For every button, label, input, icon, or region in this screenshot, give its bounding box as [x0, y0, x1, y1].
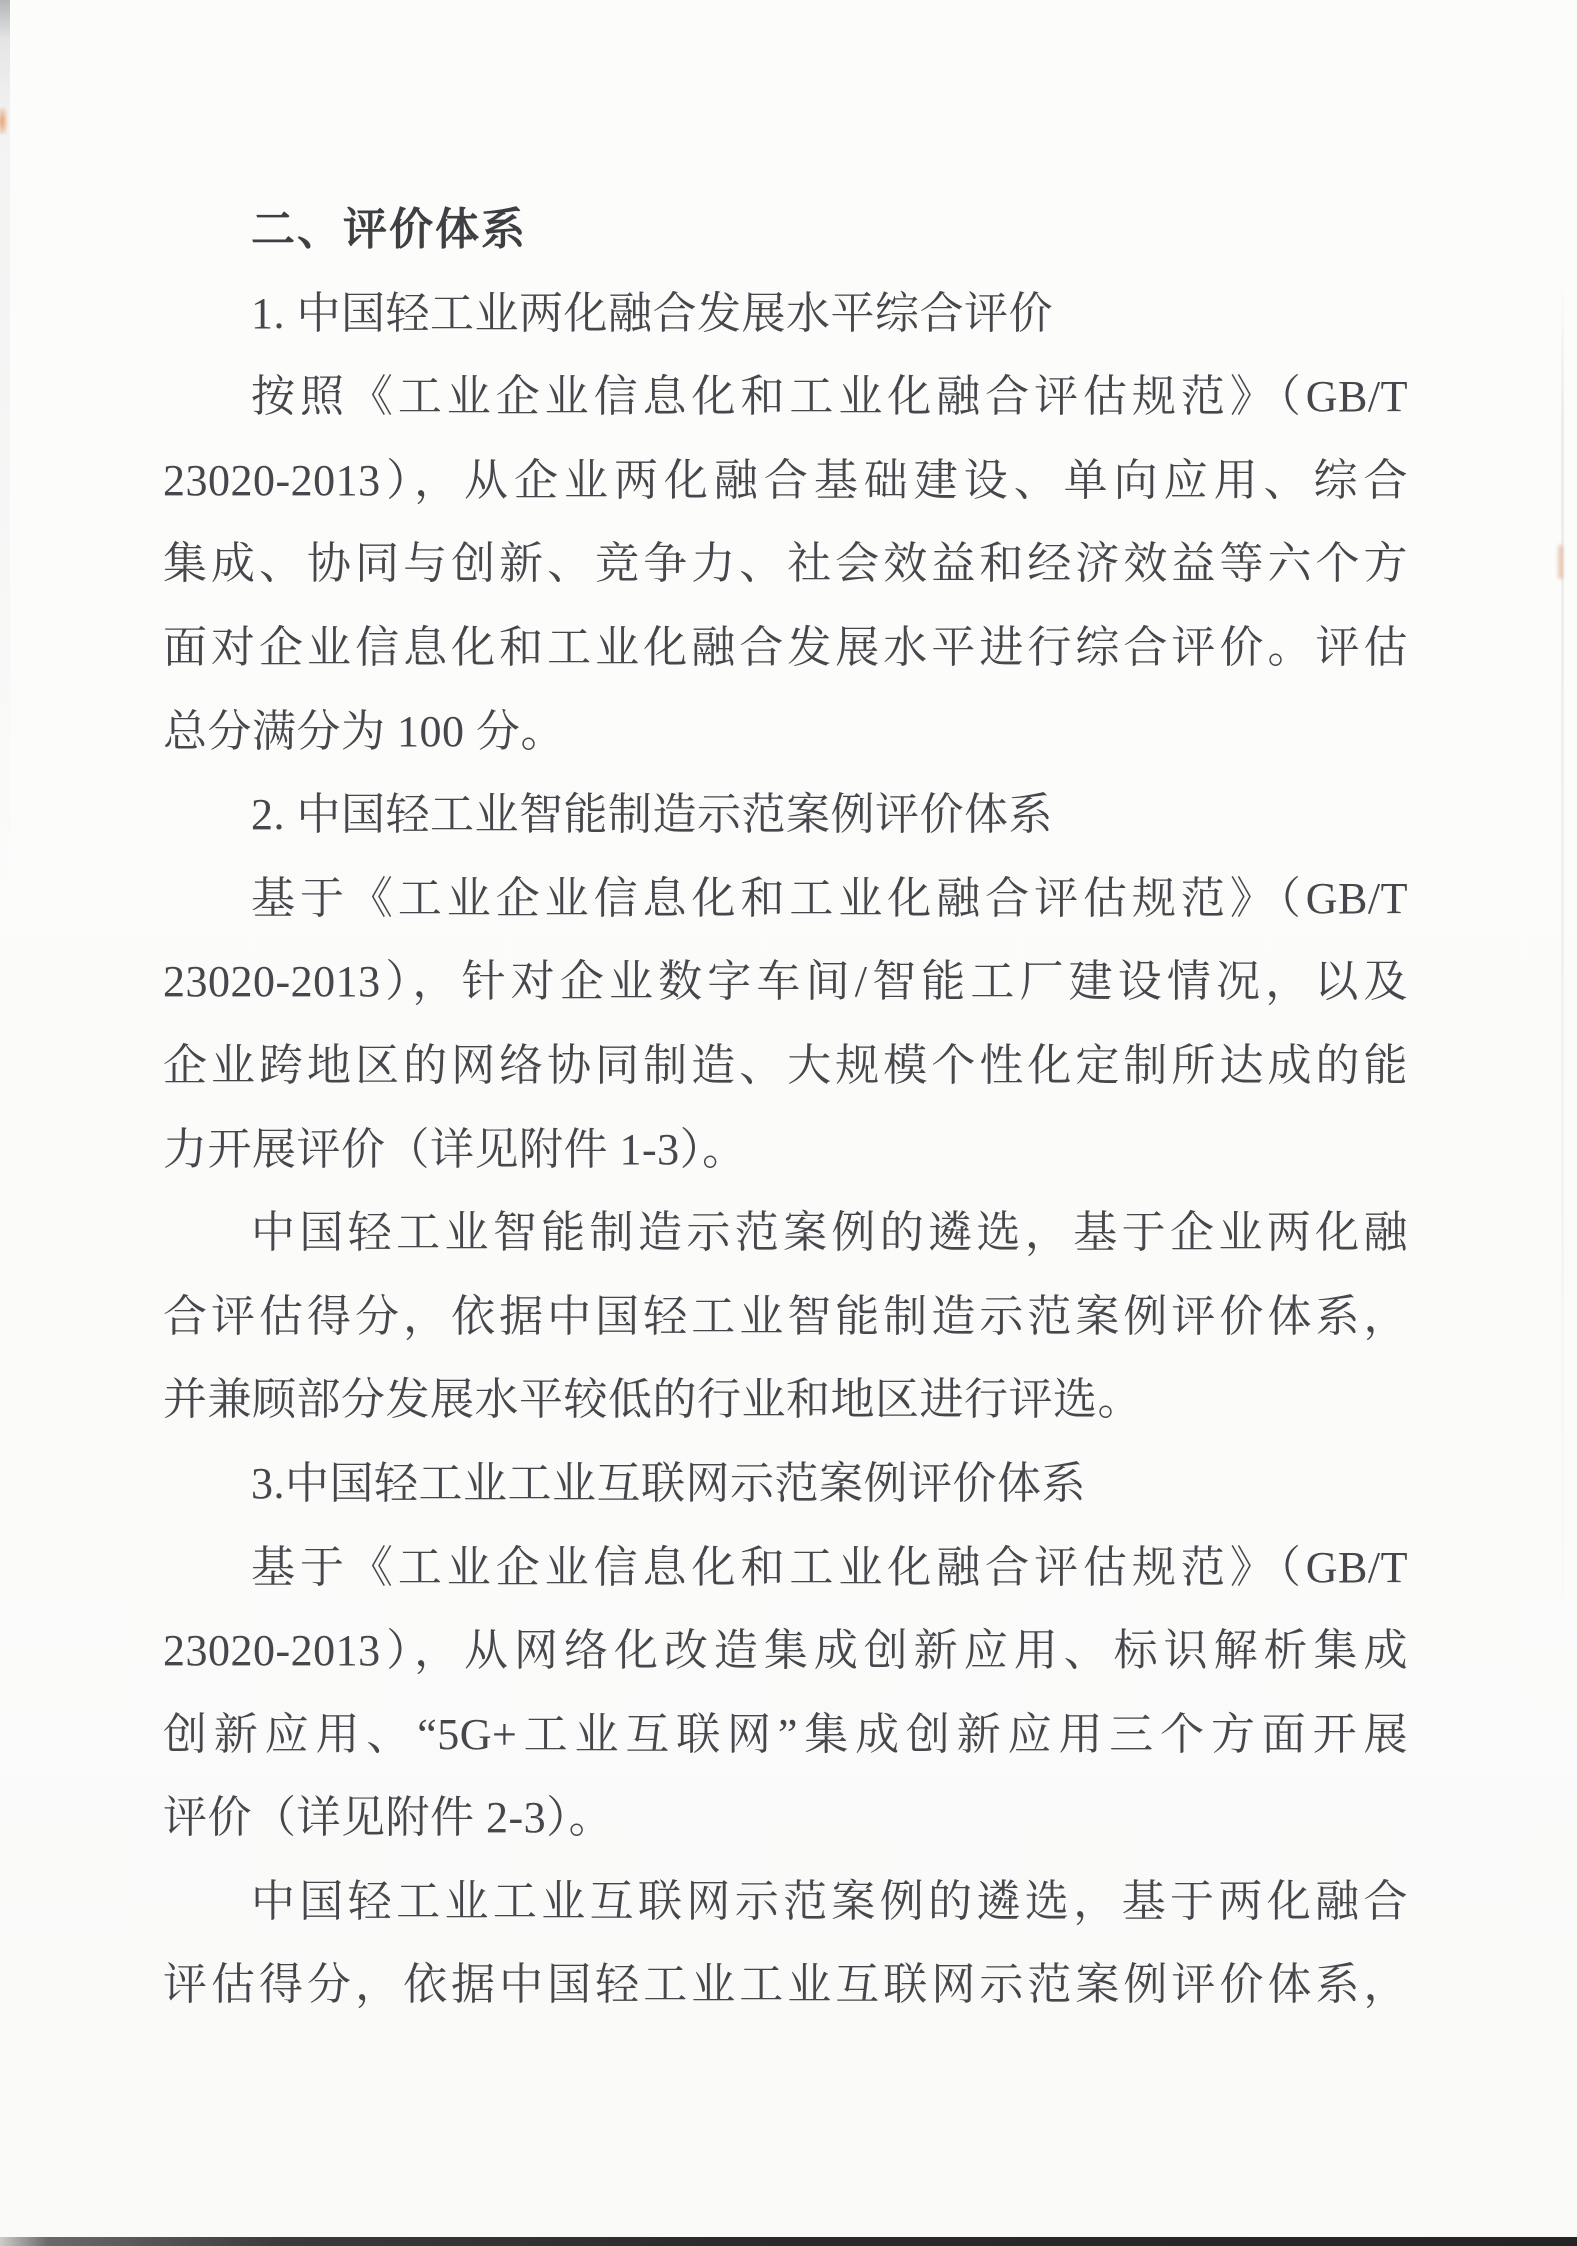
scan-artifact-left-edge: [0, 0, 10, 900]
document-page: 二、评价体系1. 中国轻工业两化融合发展水平综合评价按照《工业企业信息化和工业化…: [0, 0, 1577, 2246]
text-line: 总分满分为 100 分。: [163, 690, 1408, 774]
text-line: 企业跨地区的网络协同制造、大规模个性化定制所达成的能: [163, 1024, 1408, 1108]
text-line: 23020-2013），从企业两化融合基础建设、单向应用、综合: [163, 439, 1408, 523]
text-line: 集成、协同与创新、竞争力、社会效益和经济效益等六个方: [163, 522, 1408, 606]
item-3-title: 3.中国轻工业工业互联网示范案例评价体系: [163, 1442, 1408, 1526]
text-line: 23020-2013），从网络化改造集成创新应用、标识解析集成: [163, 1609, 1408, 1693]
scan-artifact-warm-speck: [1558, 545, 1563, 579]
document-text-block: 二、评价体系1. 中国轻工业两化融合发展水平综合评价按照《工业企业信息化和工业化…: [163, 188, 1408, 2027]
section-heading: 二、评价体系: [163, 188, 1408, 272]
text-line: 23020-2013），针对企业数字车间/智能工厂建设情况，以及: [163, 940, 1408, 1024]
text-line: 中国轻工业工业互联网示范案例的遴选，基于两化融合: [163, 1860, 1408, 1944]
text-line: 基于《工业企业信息化和工业化融合评估规范》（GB/T: [163, 857, 1408, 941]
text-line: 并兼顾部分发展水平较低的行业和地区进行评选。: [163, 1358, 1408, 1442]
text-line: 中国轻工业智能制造示范案例的遴选，基于企业两化融: [163, 1191, 1408, 1275]
item-1-title: 1. 中国轻工业两化融合发展水平综合评价: [163, 272, 1408, 356]
text-line: 创新应用、“5G+工业互联网”集成创新应用三个方面开展: [163, 1693, 1408, 1777]
text-line: 面对企业信息化和工业化融合发展水平进行综合评价。评估: [163, 606, 1408, 690]
text-line: 评估得分，依据中国轻工业工业互联网示范案例评价体系，: [163, 1943, 1408, 2027]
item-2-title: 2. 中国轻工业智能制造示范案例评价体系: [163, 773, 1408, 857]
text-line: 评价（详见附件 2-3）。: [163, 1776, 1408, 1860]
scan-artifact-bottom-edge: [0, 2237, 1577, 2246]
text-line: 按照《工业企业信息化和工业化融合评估规范》（GB/T: [163, 355, 1408, 439]
scan-artifact-orange-speck: [0, 108, 7, 134]
scan-artifact-right-streak: [1561, 280, 1564, 1700]
text-line: 力开展评价（详见附件 1-3）。: [163, 1108, 1408, 1192]
text-line: 基于《工业企业信息化和工业化融合评估规范》（GB/T: [163, 1526, 1408, 1610]
text-line: 合评估得分，依据中国轻工业智能制造示范案例评价体系，: [163, 1275, 1408, 1359]
